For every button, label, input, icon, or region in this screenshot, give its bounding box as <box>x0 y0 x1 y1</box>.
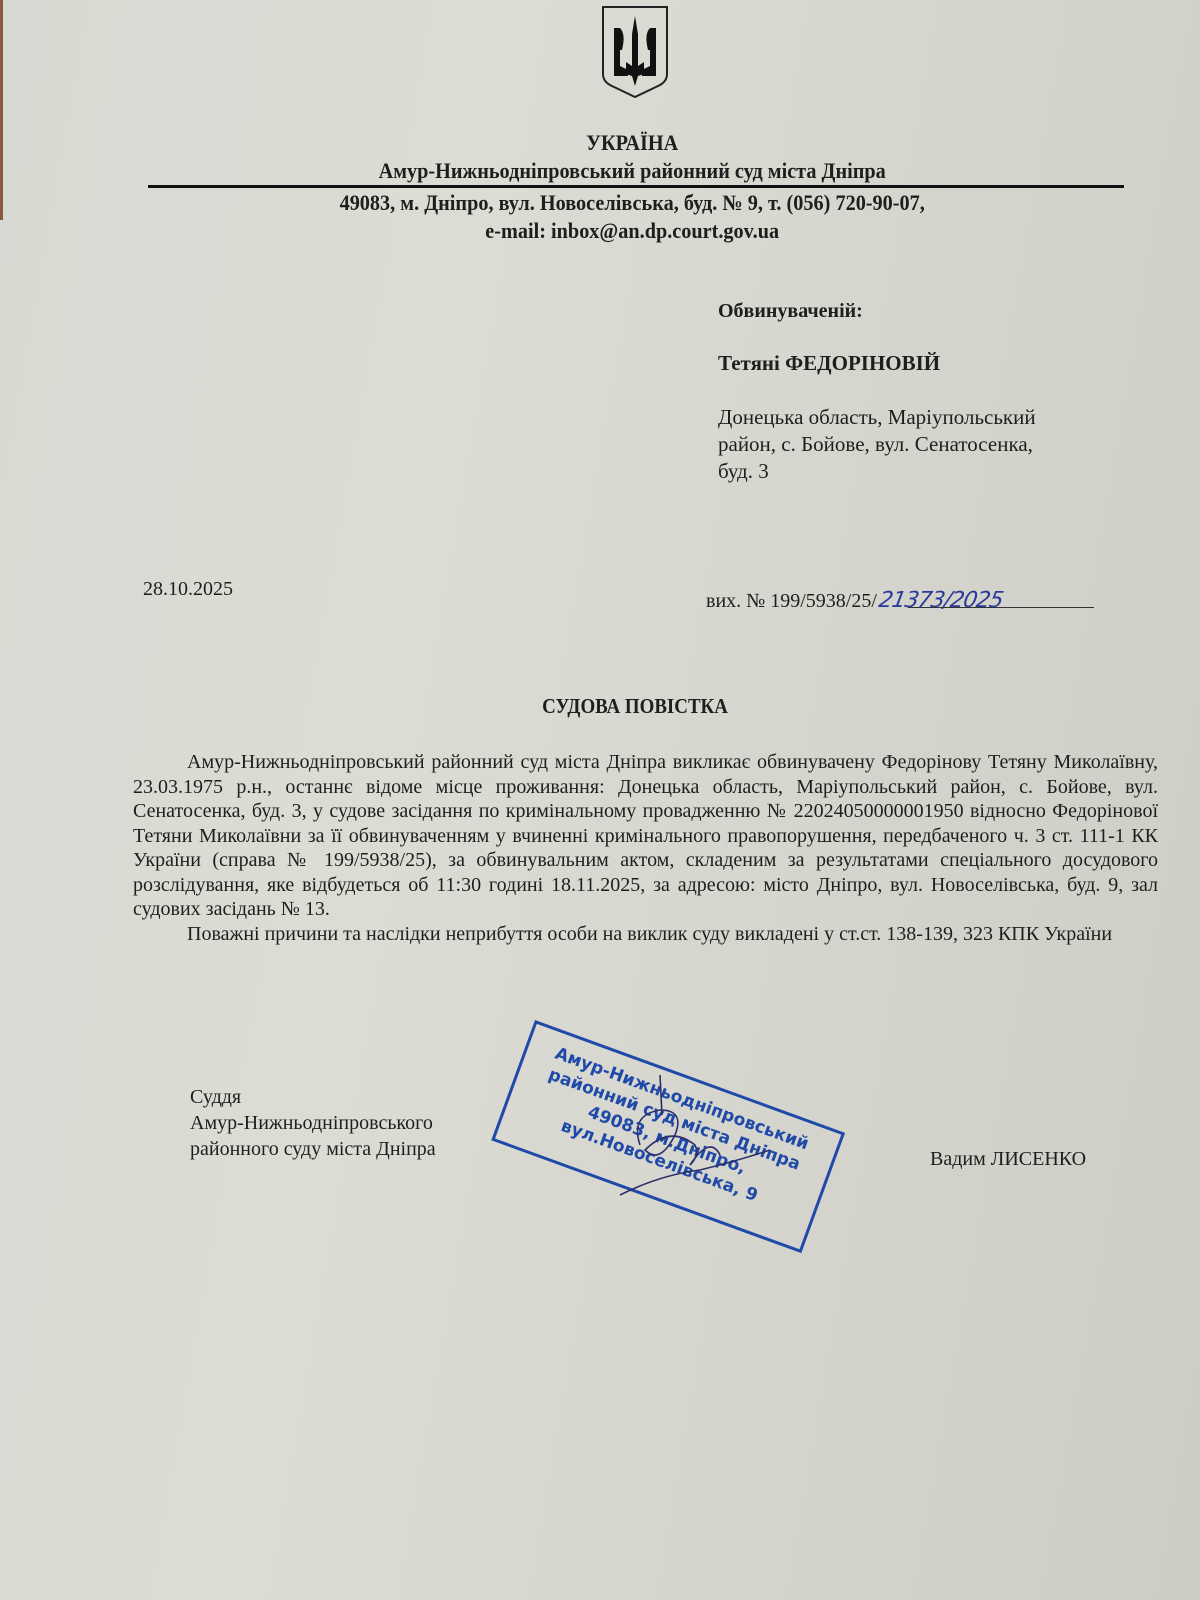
document-date: 28.10.2025 <box>143 578 233 601</box>
header-country: УКРАЇНА <box>48 130 1200 156</box>
signature-position-line: Амур-Нижньодніпровського <box>190 1110 436 1136</box>
judge-name: Вадим ЛИСЕНКО <box>930 1148 1086 1171</box>
recipient-address-line: Донецька область, Маріупольський <box>718 404 1118 431</box>
recipient-name: Тетяні ФЕДОРІНОВІЙ <box>718 351 1118 376</box>
document-body: Амур-Нижньодніпровський районний суд міс… <box>133 750 1158 946</box>
outgoing-number: вих. № 199/5938/25/ 21373/2025 <box>706 588 1002 613</box>
header-divider <box>148 185 1124 188</box>
recipient-address-line: буд. 3 <box>718 458 1118 485</box>
outgoing-number-prefix: вих. № 199/5938/25/ <box>706 590 877 613</box>
document-title: СУДОВА ПОВІСТКА <box>64 694 1200 719</box>
signature-position-line: Суддя <box>190 1084 436 1110</box>
header-court-name: Амур-Нижньодніпровський районний суд міс… <box>48 158 1200 184</box>
page-edge <box>0 0 3 220</box>
recipient-block: Обвинуваченій: Тетяні ФЕДОРІНОВІЙ Донець… <box>718 300 1118 485</box>
outgoing-number-underline <box>908 607 1094 608</box>
recipient-address: Донецька область, Маріупольський район, … <box>718 404 1118 485</box>
body-paragraph: Поважні причини та наслідки неприбуття о… <box>133 922 1158 947</box>
ukraine-coat-of-arms-icon <box>600 4 670 100</box>
header-address: 49083, м. Дніпро, вул. Новоселівська, бу… <box>48 190 1200 216</box>
recipient-address-line: район, с. Бойове, вул. Сенатосенка, <box>718 431 1118 458</box>
court-stamp: Амур-Нижньодніпровський районний суд міс… <box>491 1020 845 1253</box>
signature-position-line: районного суду міста Дніпра <box>190 1136 436 1162</box>
signature-position: Суддя Амур-Нижньодніпровського районного… <box>190 1084 436 1162</box>
body-paragraph: Амур-Нижньодніпровський районний суд міс… <box>133 750 1158 922</box>
header-email: e-mail: inbox@an.dp.court.gov.ua <box>48 218 1200 244</box>
recipient-label: Обвинуваченій: <box>718 300 1118 323</box>
outgoing-number-handwritten: 21373/2025 <box>877 588 1005 613</box>
